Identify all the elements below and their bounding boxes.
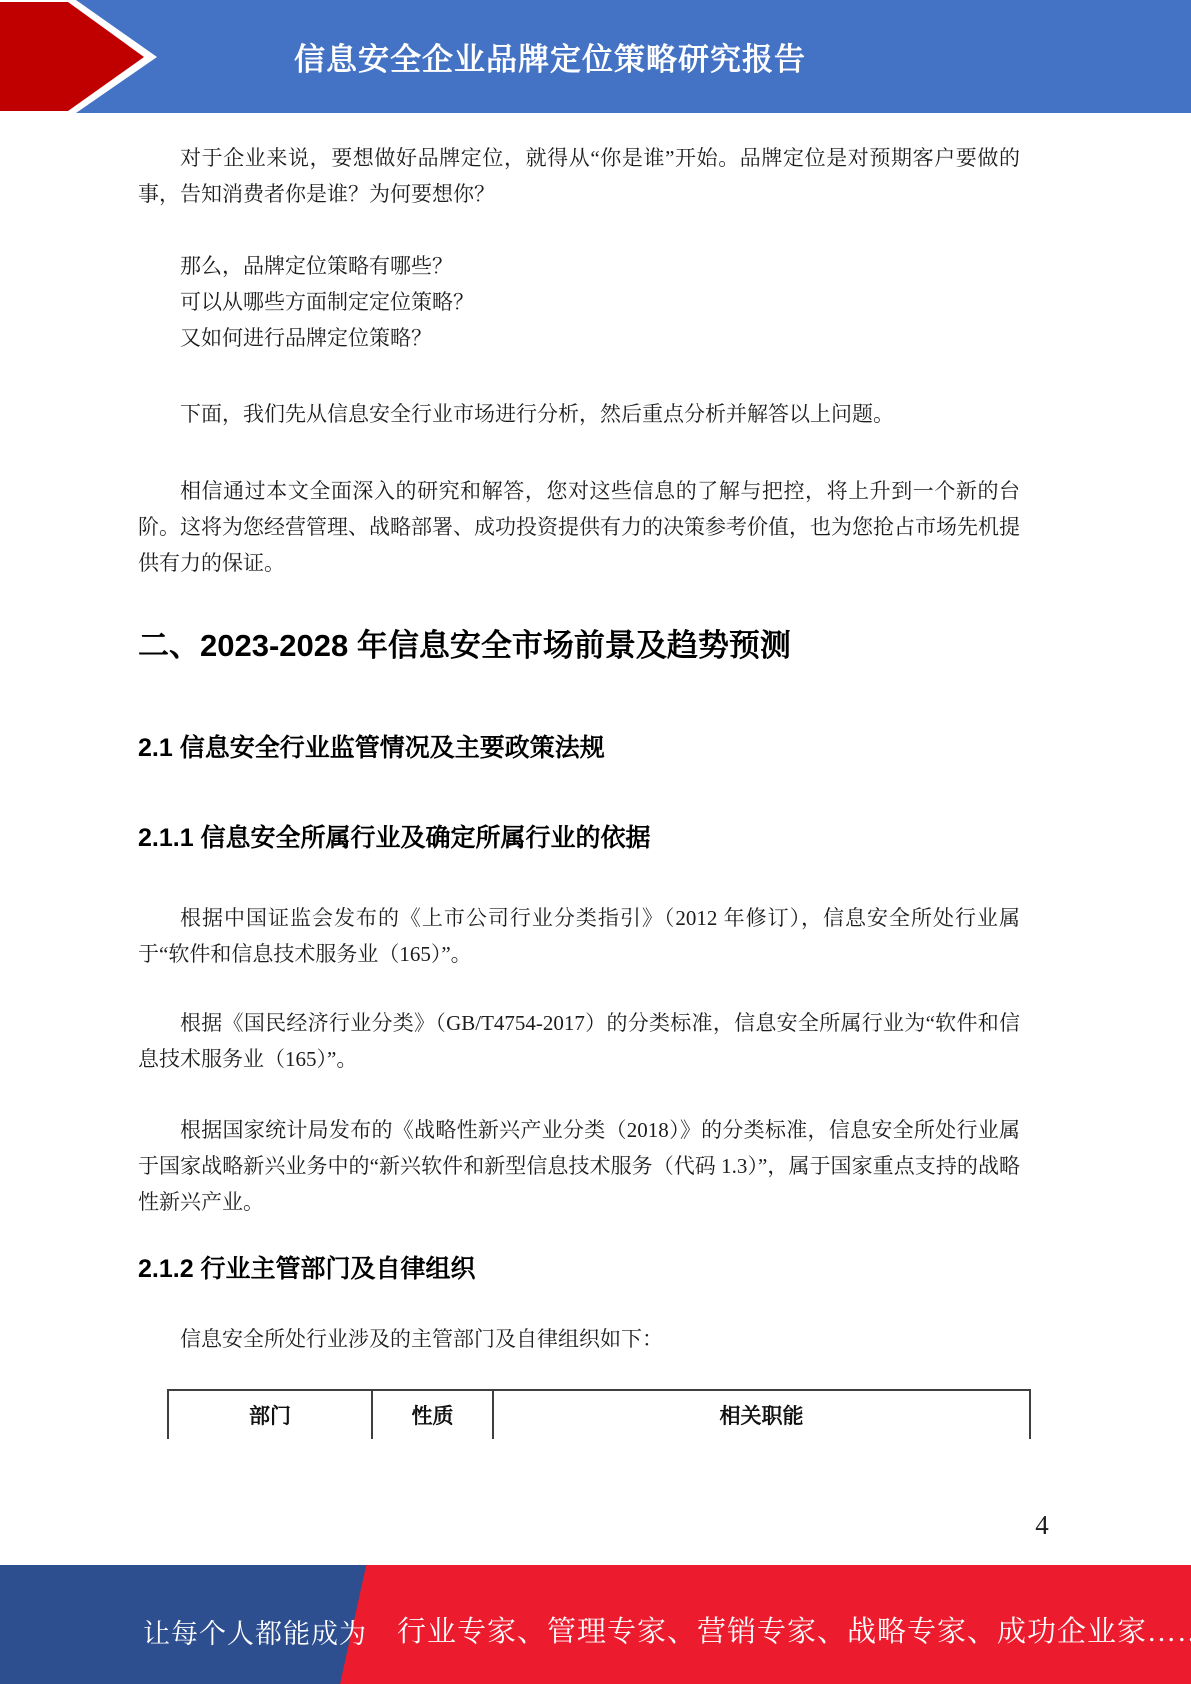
document-body: 对于企业来说，要想做好品牌定位，就得从“你是谁”开始。品牌定位是对预期客户要做的… (138, 113, 1020, 1439)
paragraph-question-1: 那么，品牌定位策略有哪些？ (138, 248, 1020, 284)
table-row: 部门 性质 相关职能 (168, 1390, 1030, 1439)
department-table: 部门 性质 相关职能 (167, 1389, 1031, 1439)
subsection-heading-2-1-1: 2.1.1 信息安全所属行业及确定所属行业的依据 (138, 820, 1020, 856)
paragraph-transition: 下面，我们先从信息安全行业市场进行分析，然后重点分析并解答以上问题。 (138, 396, 1020, 432)
paragraph-question-3: 又如何进行品牌定位策略？ (138, 320, 1020, 356)
paragraph-question-2: 可以从哪些方面制定定位策略？ (138, 284, 1020, 320)
table-header-department: 部门 (168, 1390, 372, 1439)
report-title: 信息安全企业品牌定位策略研究报告 (0, 0, 1100, 113)
paragraph-value-statement: 相信通过本文全面深入的研究和解答，您对这些信息的了解与把控，将上升到一个新的台阶… (138, 473, 1020, 581)
table-header-functions: 相关职能 (493, 1390, 1030, 1439)
paragraph-stats-bureau-classification: 根据国家统计局发布的《战略性新兴产业分类（2018）》的分类标准，信息安全所处行… (138, 1112, 1020, 1220)
footer-slogan-right: 行业专家、管理专家、营销专家、战略专家、成功企业家…… (397, 1609, 1191, 1650)
footer-slogan-left: 让每个人都能成为 (143, 1612, 367, 1651)
subsection-heading-2-1: 2.1 信息安全行业监管情况及主要政策法规 (138, 730, 1020, 766)
page-number: 4 (1022, 1510, 1062, 1541)
department-table-header-row: 部门 性质 相关职能 (168, 1390, 1030, 1439)
section-heading-2: 二、2023-2028 年信息安全市场前景及趋势预测 (138, 624, 1020, 668)
page-header-banner: 信息安全企业品牌定位策略研究报告 (0, 0, 1191, 113)
paragraph-table-intro: 信息安全所处行业涉及的主管部门及自律组织如下： (138, 1321, 1020, 1357)
table-header-nature: 性质 (372, 1390, 493, 1439)
paragraph-intro: 对于企业来说，要想做好品牌定位，就得从“你是谁”开始。品牌定位是对预期客户要做的… (138, 140, 1020, 212)
paragraph-csrc-classification: 根据中国证监会发布的《上市公司行业分类指引》（2012 年修订），信息安全所处行… (138, 900, 1020, 972)
subsection-heading-2-1-2: 2.1.2 行业主管部门及自律组织 (138, 1251, 1020, 1287)
paragraph-gbt-classification: 根据《国民经济行业分类》（GB/T4754-2017）的分类标准，信息安全所属行… (138, 1005, 1020, 1077)
